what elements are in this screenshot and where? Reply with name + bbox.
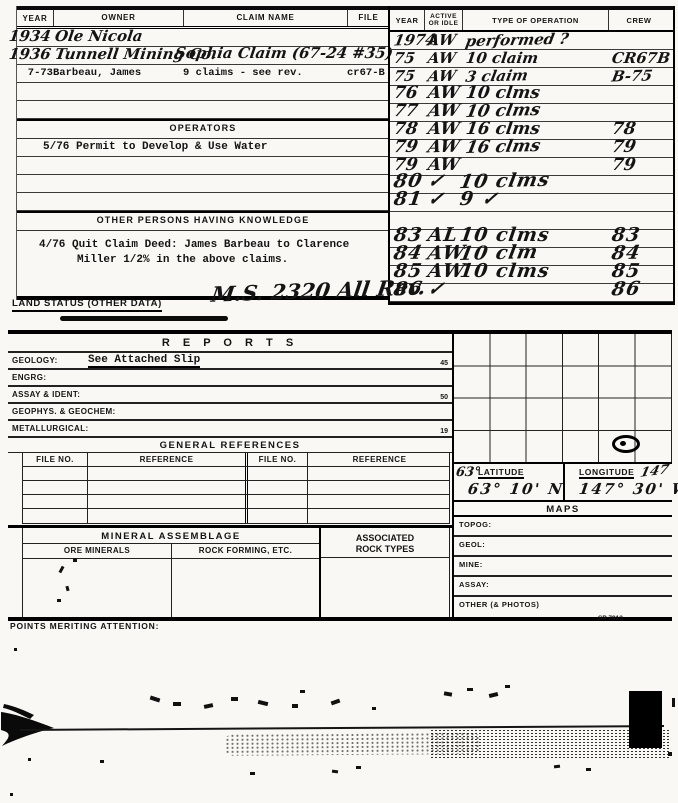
activity-table: YEAR ACTIVEOR IDLE TYPE OF OPERATION CRE… bbox=[388, 6, 675, 305]
rock-forming-col: ROCK FORMING, ETC. bbox=[171, 544, 319, 558]
scan-noise-speck bbox=[10, 793, 13, 796]
activity-status: AW bbox=[427, 33, 458, 48]
reference-row-empty bbox=[23, 495, 449, 509]
mineral-assemblage-left: MINERAL ASSEMBLAGE ORE MINERALS ROCK FOR… bbox=[23, 528, 319, 617]
map-row-geol: GEOL: bbox=[454, 537, 672, 557]
map-row-mine: MINE: bbox=[454, 557, 672, 577]
claim-row: 7-73 Barbeau, James 9 claims - see rev. … bbox=[17, 65, 389, 83]
report-row: METALLURGICAL: 19 bbox=[8, 421, 452, 438]
report-row: ASSAY & IDENT: 50 bbox=[8, 387, 452, 404]
activity-status: AL bbox=[427, 228, 459, 242]
claims-col-claim-name: CLAIM NAME bbox=[183, 10, 347, 26]
activity-table-header: YEAR ACTIVEOR IDLE TYPE OF OPERATION CRE… bbox=[390, 10, 673, 32]
operators-row-empty bbox=[17, 193, 389, 211]
report-label: GEOPHYS. & GEOCHEM: bbox=[12, 407, 116, 416]
claim-owner: Ole Nicola bbox=[54, 29, 144, 44]
longitude-value: 147° 30' W bbox=[578, 480, 678, 498]
activity-col-crew: CREW bbox=[608, 10, 669, 30]
reference-row-empty bbox=[23, 467, 449, 481]
map-row-assay: ASSAY: bbox=[454, 577, 672, 597]
scan-noise-speck bbox=[204, 703, 214, 709]
activity-operation: 16 clms bbox=[465, 139, 542, 155]
report-label: ASSAY & IDENT: bbox=[12, 390, 80, 399]
reference-row-empty bbox=[23, 481, 449, 495]
location-panel: 63° LATITUDE 63° 10' N LONGITUDE 147 147… bbox=[452, 334, 672, 617]
activity-operation: 16 clms bbox=[465, 122, 541, 136]
ore-minerals-col: ORE MINERALS bbox=[23, 544, 171, 558]
general-references-header: FILE NO. REFERENCE FILE NO. REFERENCE bbox=[23, 453, 449, 467]
claims-col-file: FILE bbox=[347, 10, 389, 26]
ref-col-file-no: FILE NO. bbox=[245, 453, 307, 466]
location-marker-icon bbox=[612, 435, 640, 453]
mineral-assemblage-subheader: ORE MINERALS ROCK FORMING, ETC. bbox=[23, 544, 319, 559]
activity-year: 81 bbox=[393, 192, 423, 206]
activity-status: AW bbox=[427, 140, 461, 155]
activity-crew: 79 bbox=[611, 158, 637, 172]
ref-col-reference: REFERENCE bbox=[87, 453, 245, 466]
activity-status: ✓ bbox=[427, 192, 446, 206]
scan-noise-speck bbox=[332, 770, 338, 774]
longitude-note: 147 bbox=[639, 462, 671, 481]
activity-crew: 85 bbox=[611, 264, 641, 278]
scan-noise-speck bbox=[444, 691, 453, 696]
report-row: GEOLOGY: See Attached Slip 45 bbox=[8, 353, 452, 370]
scan-noise-speck bbox=[28, 758, 31, 761]
associated-rock-types-title-2: ROCK TYPES bbox=[321, 544, 449, 558]
activity-col-year: YEAR bbox=[390, 11, 424, 30]
claims-col-year: YEAR bbox=[17, 14, 53, 23]
map-row-other: OTHER (& PHOTOS) bbox=[454, 597, 672, 614]
activity-operation: 10 clms bbox=[459, 264, 551, 278]
activity-operation: 3 claim bbox=[465, 68, 530, 84]
scanned-mining-claim-form: YEAR OWNER CLAIM NAME FILE 1934 Ole Nico… bbox=[0, 0, 678, 803]
longitude-cell: LONGITUDE 147 147° 30' W bbox=[563, 464, 672, 500]
report-label: ENGRG: bbox=[12, 373, 46, 382]
operators-entry: 5/76 Permit to Develop & Use Water bbox=[17, 139, 389, 157]
activity-col-operation: TYPE OF OPERATION bbox=[462, 10, 608, 30]
claim-owner: Barbeau, James bbox=[53, 65, 183, 82]
knowledge-section-title: OTHER PERSONS HAVING KNOWLEDGE bbox=[17, 211, 389, 231]
activity-year: 83 bbox=[393, 228, 423, 242]
scan-noise-speck bbox=[668, 752, 672, 756]
activity-operation: 10 clms bbox=[465, 103, 542, 119]
claims-col-owner: OWNER bbox=[53, 10, 183, 26]
knowledge-line-1: 4/76 Quit Claim Deed: James Barbeau to C… bbox=[17, 238, 389, 253]
report-ref-number: 50 bbox=[440, 394, 448, 401]
reports-form: R E P O R T S GEOLOGY: See Attached Slip… bbox=[8, 330, 672, 621]
scan-noise-speck bbox=[250, 772, 255, 775]
maps-title: MAPS bbox=[454, 502, 672, 517]
activity-crew: B-75 bbox=[611, 68, 654, 83]
operators-row-empty bbox=[17, 175, 389, 193]
scan-artifact-smear bbox=[60, 316, 228, 321]
knowledge-line-2: Miller 1/2% in the above claims. bbox=[17, 253, 389, 268]
scan-noise-speck bbox=[258, 700, 269, 706]
reports-title: R E P O R T S bbox=[8, 334, 452, 353]
scan-noise-speck bbox=[467, 688, 473, 691]
map-row-topog: TOPOG: bbox=[454, 517, 672, 537]
activity-operation: 10 claim bbox=[465, 51, 539, 65]
scan-noise-speck bbox=[73, 558, 77, 562]
activity-status: AW bbox=[427, 122, 460, 136]
reports-left-panel: R E P O R T S GEOLOGY: See Attached Slip… bbox=[8, 334, 452, 617]
general-references-table: FILE NO. REFERENCE FILE NO. REFERENCE bbox=[22, 453, 450, 524]
location-grid bbox=[454, 334, 672, 464]
scan-noise-speck bbox=[300, 690, 305, 693]
claim-year: 1934 bbox=[8, 29, 52, 44]
lat-long-section: 63° LATITUDE 63° 10' N LONGITUDE 147 147… bbox=[454, 464, 672, 502]
activity-year: 80 bbox=[393, 174, 424, 189]
scan-noise-speck bbox=[331, 699, 341, 706]
mineral-assemblage-table: MINERAL ASSEMBLAGE ORE MINERALS ROCK FOR… bbox=[22, 528, 450, 617]
report-ref-number: 45 bbox=[440, 360, 448, 367]
claim-file: cr67-B bbox=[347, 65, 389, 82]
activity-operation: performed ? bbox=[464, 32, 569, 49]
claim-year: 7-73 bbox=[17, 65, 53, 82]
scan-noise-speck bbox=[100, 760, 104, 763]
activity-status: ✓ bbox=[427, 174, 447, 188]
operators-row-empty bbox=[17, 157, 389, 175]
scan-noise-speck bbox=[231, 697, 238, 701]
activity-operation: 9 ✓ bbox=[459, 192, 500, 206]
report-row: ENGRG: bbox=[8, 370, 452, 387]
activity-year: 77 bbox=[393, 104, 419, 119]
scan-noise-speck bbox=[14, 648, 17, 651]
scan-noise-speck bbox=[292, 704, 298, 708]
activity-row: 1974AWperformed ? bbox=[390, 32, 673, 50]
scan-noise-speck bbox=[372, 707, 376, 710]
activity-row: 75AW10 claimCR67B bbox=[390, 50, 673, 68]
claim-name: 9 claims - see rev. bbox=[183, 65, 347, 82]
scan-noise-speck bbox=[173, 702, 181, 706]
points-meriting-attention-label: POINTS MERITING ATTENTION: bbox=[10, 621, 159, 631]
activity-crew: 79 bbox=[611, 140, 637, 155]
associated-rock-types: ASSOCIATED ROCK TYPES bbox=[319, 528, 449, 617]
scan-noise-speck bbox=[554, 765, 560, 769]
report-label: GEOLOGY: bbox=[12, 356, 58, 365]
scan-noise-speck bbox=[489, 692, 499, 698]
claim-year: 1936 bbox=[8, 47, 52, 62]
claims-table: YEAR OWNER CLAIM NAME FILE 1934 Ole Nico… bbox=[16, 6, 389, 300]
activity-status: AW bbox=[427, 51, 457, 65]
activity-operation: 10 clm bbox=[458, 245, 539, 261]
activity-row: 86✓86 bbox=[390, 284, 673, 302]
activity-year: 75 bbox=[393, 69, 417, 84]
claim-row-empty bbox=[17, 83, 389, 101]
latitude-label: LATITUDE bbox=[478, 467, 524, 479]
activity-year: 79 bbox=[393, 140, 419, 155]
report-value: See Attached Slip bbox=[88, 354, 200, 368]
ref-col-reference: REFERENCE bbox=[307, 453, 451, 466]
operators-section-title: OPERATORS bbox=[17, 119, 389, 139]
claim-row: 1936 Tunnell Mining Co. Sophia Claim (67… bbox=[17, 47, 389, 65]
report-ref-number: 19 bbox=[440, 428, 448, 435]
activity-year: 78 bbox=[393, 122, 419, 136]
scan-noise-speck bbox=[57, 599, 61, 602]
activity-col-idle: OR IDLE bbox=[425, 20, 462, 27]
scan-noise-speck bbox=[586, 768, 591, 771]
latitude-cell: 63° LATITUDE 63° 10' N bbox=[454, 464, 563, 500]
claim-row-empty bbox=[17, 101, 389, 119]
associated-rock-types-title-1: ASSOCIATED bbox=[321, 528, 449, 544]
activity-status: AW bbox=[427, 104, 461, 119]
claim-name: Sophia Claim (67-24 #35) bbox=[174, 46, 394, 61]
form-number: SP 7913 bbox=[598, 615, 623, 622]
activity-status: ✓ bbox=[427, 282, 447, 296]
activity-crew: 83 bbox=[611, 228, 641, 242]
scan-noise-speck bbox=[150, 696, 161, 703]
activity-operation: 10 clms bbox=[458, 173, 551, 189]
activity-crew: CR67B bbox=[611, 51, 671, 65]
activity-status: AW bbox=[427, 69, 458, 84]
activity-row: 81✓9 ✓ bbox=[390, 194, 673, 212]
activity-year: 84 bbox=[393, 246, 424, 261]
longitude-label: LONGITUDE bbox=[579, 467, 634, 479]
scan-artifact-block bbox=[629, 691, 662, 748]
activity-year: 75 bbox=[393, 51, 416, 65]
activity-crew: 84 bbox=[611, 246, 642, 261]
scan-noise-speck bbox=[356, 766, 361, 769]
report-label: METALLURGICAL: bbox=[12, 424, 89, 433]
ref-col-file-no: FILE NO. bbox=[23, 453, 87, 466]
scan-noise-speck bbox=[505, 685, 510, 688]
activity-crew: 78 bbox=[611, 122, 637, 136]
reference-row-empty bbox=[23, 509, 449, 524]
report-row: GEOPHYS. & GEOCHEM: bbox=[8, 404, 452, 421]
activity-status: AW bbox=[427, 86, 460, 100]
general-references-title: GENERAL REFERENCES bbox=[8, 438, 452, 453]
land-status-label: LAND STATUS (OTHER DATA) bbox=[12, 298, 162, 312]
latitude-value: 63° 10' N bbox=[467, 480, 566, 498]
activity-col-active: ACTIVE bbox=[425, 13, 462, 20]
scan-noise-speck bbox=[672, 698, 675, 707]
activity-year: 76 bbox=[393, 86, 419, 100]
activity-operation: 10 clms bbox=[459, 228, 551, 242]
mineral-assemblage-title: MINERAL ASSEMBLAGE bbox=[23, 528, 319, 544]
activity-operation: 10 clms bbox=[465, 86, 541, 100]
activity-crew: 86 bbox=[611, 282, 642, 297]
